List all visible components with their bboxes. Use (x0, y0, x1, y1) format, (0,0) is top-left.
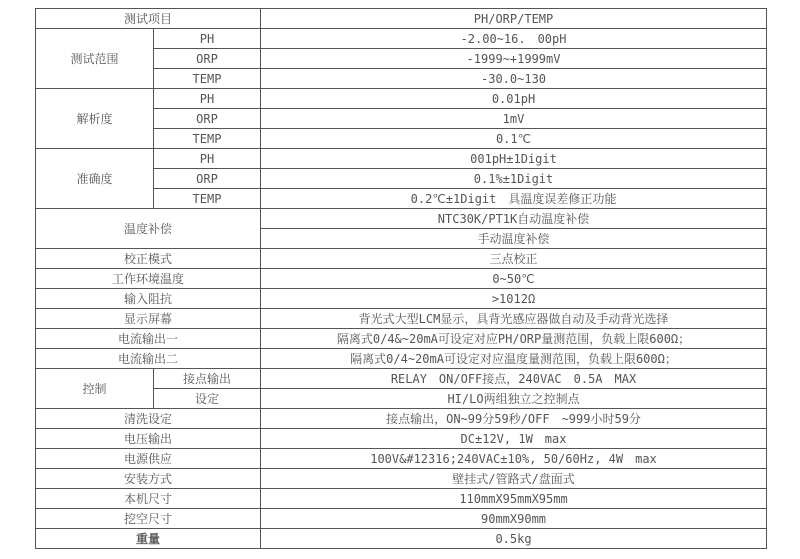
spec-table: 测试项目 PH/ORP/TEMP 测试范围 PH -2.00~16. 00pH … (35, 8, 767, 549)
table-row: 准确度 PH 001pH±1Digit (36, 149, 767, 169)
table-row: 解析度 PH 0.01pH (36, 89, 767, 109)
table-row: 测试项目 PH/ORP/TEMP (36, 9, 767, 29)
sub-label-ph: PH (154, 149, 261, 169)
table-row: 本机尺寸 110mmX95mmX95mm (36, 489, 767, 509)
value-control-relay: RELAY ON/OFF接点，240VAC 0.5A MAX (261, 369, 767, 389)
value-weight: 0.5kg (261, 529, 767, 549)
value-current-output-1: 隔离式0/4&~20mA可设定对应PH/ORP量测范围，负载上限600Ω； (261, 329, 767, 349)
table-row: 安装方式 壁挂式/管路式/盘面式 (36, 469, 767, 489)
label-cutout-size: 挖空尺寸 (36, 509, 261, 529)
table-row: 工作环境温度 0~50℃ (36, 269, 767, 289)
sub-label-temp: TEMP (154, 129, 261, 149)
label-current-output-2: 电流输出二 (36, 349, 261, 369)
label-temp-compensation: 温度补偿 (36, 209, 261, 249)
sub-label-temp: TEMP (154, 69, 261, 89)
table-row: 清洗设定 接点输出，ON~99分59秒/OFF ~999小时59分 (36, 409, 767, 429)
label-mounting: 安装方式 (36, 469, 261, 489)
sub-label-orp: ORP (154, 49, 261, 69)
sub-label-orp: ORP (154, 169, 261, 189)
value-current-output-2: 隔离式0/4~20mA可设定对应温度量测范围，负载上限600Ω； (261, 349, 767, 369)
value-resolution-temp: 0.1℃ (261, 129, 767, 149)
value-accuracy-ph: 001pH±1Digit (261, 149, 767, 169)
label-power-supply: 电源供应 (36, 449, 261, 469)
sub-label-setting: 设定 (154, 389, 261, 409)
label-current-output-1: 电流输出一 (36, 329, 261, 349)
label-display: 显示屏幕 (36, 309, 261, 329)
value-temp-compensation-auto: NTC30K/PT1K自动温度补偿 (261, 209, 767, 229)
value-accuracy-orp: 0.1%±1Digit (261, 169, 767, 189)
value-voltage-output: DC±12V, 1W max (261, 429, 767, 449)
value-range-temp: -30.0~130 (261, 69, 767, 89)
value-resolution-ph: 0.01pH (261, 89, 767, 109)
sub-label-ph: PH (154, 89, 261, 109)
table-row: 显示屏幕 背光式大型LCM显示，具背光感应器做自动及手动背光选择 (36, 309, 767, 329)
table-row: 电压输出 DC±12V, 1W max (36, 429, 767, 449)
label-calibration-mode: 校正模式 (36, 249, 261, 269)
value-temp-compensation-manual: 手动温度补偿 (261, 229, 767, 249)
label-operating-temp: 工作环境温度 (36, 269, 261, 289)
label-weight: 重量 (36, 529, 261, 549)
label-test-item: 测试项目 (36, 9, 261, 29)
label-clean-setting: 清洗设定 (36, 409, 261, 429)
label-measure-range: 测试范围 (36, 29, 154, 89)
sub-label-temp: TEMP (154, 189, 261, 209)
value-accuracy-temp: 0.2℃±1Digit 具温度误差修正功能 (261, 189, 767, 209)
value-test-item: PH/ORP/TEMP (261, 9, 767, 29)
sub-label-relay-output: 接点输出 (154, 369, 261, 389)
value-range-orp: -1999~+1999mV (261, 49, 767, 69)
table-row: 测试范围 PH -2.00~16. 00pH (36, 29, 767, 49)
table-row: 校正模式 三点校正 (36, 249, 767, 269)
table-row: 温度补偿 NTC30K/PT1K自动温度补偿 (36, 209, 767, 229)
label-input-impedance: 输入阻抗 (36, 289, 261, 309)
value-cutout-size: 90mmX90mm (261, 509, 767, 529)
table-row: 输入阻抗 >1012Ω (36, 289, 767, 309)
sub-label-orp: ORP (154, 109, 261, 129)
table-row: 电流输出二 隔离式0/4~20mA可设定对应温度量测范围，负载上限600Ω； (36, 349, 767, 369)
value-power-supply: 100V&#12316;240VAC±10%, 50/60Hz, 4W max (261, 449, 767, 469)
label-accuracy: 准确度 (36, 149, 154, 209)
table-row: 重量 0.5kg (36, 529, 767, 549)
label-resolution: 解析度 (36, 89, 154, 149)
label-voltage-output: 电压输出 (36, 429, 261, 449)
value-display: 背光式大型LCM显示，具背光感应器做自动及手动背光选择 (261, 309, 767, 329)
value-range-ph: -2.00~16. 00pH (261, 29, 767, 49)
label-unit-size: 本机尺寸 (36, 489, 261, 509)
table-row: 电源供应 100V&#12316;240VAC±10%, 50/60Hz, 4W… (36, 449, 767, 469)
value-calibration-mode: 三点校正 (261, 249, 767, 269)
value-operating-temp: 0~50℃ (261, 269, 767, 289)
value-clean-setting: 接点输出，ON~99分59秒/OFF ~999小时59分 (261, 409, 767, 429)
sub-label-ph: PH (154, 29, 261, 49)
value-resolution-orp: 1mV (261, 109, 767, 129)
label-control: 控制 (36, 369, 154, 409)
table-row: 电流输出一 隔离式0/4&~20mA可设定对应PH/ORP量测范围，负载上限60… (36, 329, 767, 349)
value-control-setting: HI/LO两组独立之控制点 (261, 389, 767, 409)
value-input-impedance: >1012Ω (261, 289, 767, 309)
value-unit-size: 110mmX95mmX95mm (261, 489, 767, 509)
table-row: 控制 接点输出 RELAY ON/OFF接点，240VAC 0.5A MAX (36, 369, 767, 389)
table-row: 挖空尺寸 90mmX90mm (36, 509, 767, 529)
value-mounting: 壁挂式/管路式/盘面式 (261, 469, 767, 489)
